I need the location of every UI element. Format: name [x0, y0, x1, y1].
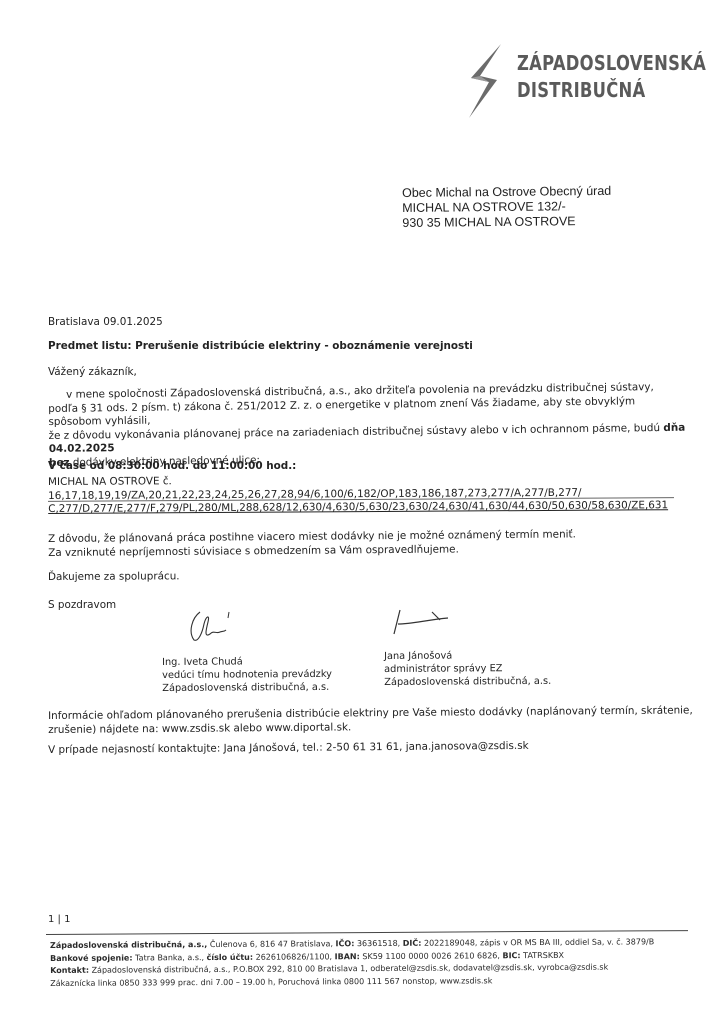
greeting: Vážený zákazník,: [48, 366, 137, 378]
streets-line-2: C,277/D,277/E,277/F,279/PL,280/ML,288,62…: [48, 499, 688, 516]
outage-time: V čase od 08:30:00 hod. do 11:00:00 hod.…: [48, 460, 296, 472]
signer-role: vedúci tímu hodnotenia prevádzky: [162, 668, 332, 682]
lightning-bolt-icon: [467, 44, 503, 118]
signer-company: Západoslovenská distribučná, a.s.: [162, 681, 332, 695]
regards: S pozdravom: [48, 599, 116, 611]
signer-company: Západoslovenská distribučná, a.s.: [384, 675, 551, 689]
signer-janosova: Jana Jánošová administrátor správy EZ Zá…: [384, 649, 551, 689]
thanks: Ďakujeme za spoluprácu.: [48, 570, 180, 583]
letter-subject: Predmet listu: Prerušenie distribúcie el…: [48, 340, 473, 352]
page-number: 1 | 1: [48, 914, 70, 925]
footer-divider: [46, 930, 688, 935]
signer-name: Ing. Iveta Chudá: [162, 655, 332, 669]
footer: Západoslovenská distribučná, a.s., Čulen…: [50, 936, 654, 990]
signer-chuda: Ing. Iveta Chudá vedúci tímu hodnotenia …: [162, 655, 332, 695]
logo-line-2: DISTRIBUČNÁ: [517, 77, 706, 104]
recipient-address: Obec Michal na Ostrove Obecný úrad MICHA…: [402, 184, 612, 231]
signature-janosova: [392, 606, 450, 636]
recipient-line-1: Obec Michal na Ostrove Obecný úrad: [402, 184, 611, 201]
reason-paragraph: Z dôvodu, že plánovaná práca postihne vi…: [48, 527, 576, 560]
place-date: Bratislava 09.01.2025: [48, 316, 163, 328]
info-paragraph: Informácie ohľadom plánovaného prerušeni…: [48, 703, 693, 737]
signer-name: Jana Jánošová: [384, 649, 551, 663]
company-logo-text: ZÁPADOSLOVENSKÁ DISTRIBUČNÁ: [517, 50, 706, 104]
signer-role: administrátor správy EZ: [384, 662, 551, 676]
recipient-line-3: 930 35 MICHAL NA OSTROVE: [402, 214, 611, 231]
signature-chuda: [186, 608, 232, 644]
contact-line: V prípade nejasností kontaktujte: Jana J…: [48, 740, 529, 756]
affected-streets: MICHAL NA OSTROVE č. 16,17,18,19,19/ZA,2…: [48, 472, 688, 516]
intro-paragraph: v mene spoločnosti Západoslovenská distr…: [48, 381, 689, 470]
logo-line-1: ZÁPADOSLOVENSKÁ: [517, 50, 706, 77]
